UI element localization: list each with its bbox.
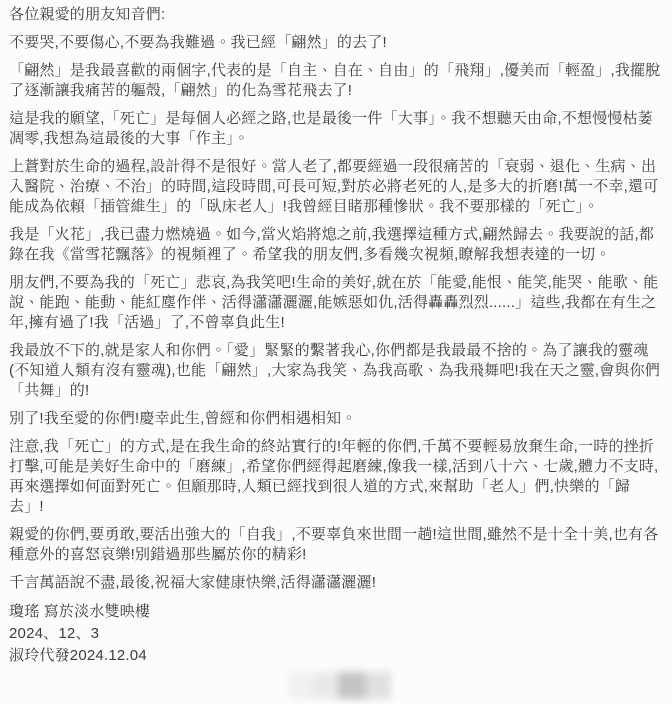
watermark-segment: [366, 672, 391, 699]
watermark-segment: [289, 672, 313, 699]
letter-paragraph: 朋友們,不要為我的「死亡」悲哀,為我笑吧!生命的美好,就在於「能愛,能恨、能笑,…: [9, 273, 662, 333]
letter-paragraph: 別了!我至愛的你們!慶幸此生,曾經和你們相遇相知。: [9, 409, 662, 429]
letter-page: 各位親愛的朋友知音們: 不要哭,不要傷心,不要為我難過。我已經「翩然」的去了! …: [0, 0, 672, 704]
signature-block: 瓊瑤 寫於淡水雙映樓 2024、12、3 淑玲代發2024.12.04: [9, 601, 662, 667]
letter-paragraph: 親愛的你們,要勇敢,要活出強大的「自我」,不要辜負來世間一趟!這世間,雖然不是十…: [9, 525, 662, 565]
letter-paragraph: 我最放不下的,就是家人和你們。「愛」緊緊的繫著我心,你們都是我最最不捨的。為了讓…: [9, 341, 662, 401]
watermark-segment: [338, 672, 366, 699]
letter-paragraph: 千言萬語說不盡,最後,祝福大家健康快樂,活得瀟瀟灑灑!: [9, 573, 662, 593]
blurred-watermark: [289, 672, 391, 699]
letter-paragraph: 這是我的願望,「死亡」是每個人必經之路,也是最後一件「大事」。我不想聽天由命,不…: [9, 109, 662, 149]
letter-paragraph: 上蒼對於生命的過程,設計得不是很好。當人老了,都要經過一段很痛苦的「衰弱、退化、…: [9, 157, 662, 217]
signature-date-line: 2024、12、3: [9, 623, 662, 645]
watermark-segment: [313, 672, 338, 699]
letter-paragraph: 「翩然」是我最喜歡的兩個字,代表的是「自主、自在、自由」的「飛翔」,優美而「輕盈…: [9, 61, 662, 101]
signature-posted-by-line: 淑玲代發2024.12.04: [9, 645, 662, 667]
letter-paragraph: 注意,我「死亡」的方式,是在我生命的終站實行的!年輕的你們,千萬不要輕易放棄生命…: [9, 437, 662, 517]
letter-paragraph: 我是「火花」,我已盡力燃燒過。如今,當火焰將熄之前,我選擇這種方式,翩然歸去。我…: [9, 225, 662, 265]
signature-author-line: 瓊瑤 寫於淡水雙映樓: [9, 601, 662, 623]
letter-paragraph: 不要哭,不要傷心,不要為我難過。我已經「翩然」的去了!: [9, 33, 662, 53]
letter-salutation: 各位親愛的朋友知音們:: [9, 5, 662, 25]
